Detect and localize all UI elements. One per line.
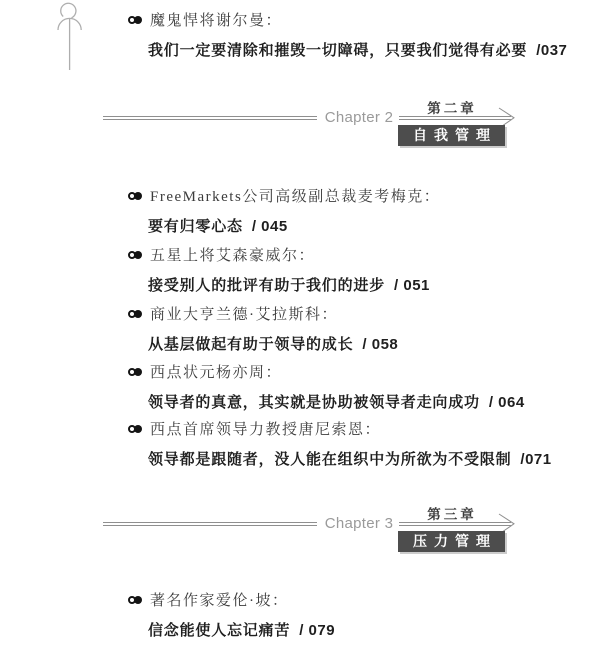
toc-entry-author: 魔鬼悍将谢尔曼： xyxy=(128,9,282,30)
chapter-number-en: Chapter 2 xyxy=(320,109,398,126)
page-number: / 058 xyxy=(362,336,398,353)
quote-text: 我们一定要清除和摧毁一切障碍，只要我们觉得有必要 xyxy=(148,42,527,59)
toc-entry-author: FreeMarkets公司高级副总裁麦考梅克： xyxy=(128,185,440,206)
chain-link-bullet-icon xyxy=(128,596,142,604)
quote-text: 从基层做起有助于领导的成长 xyxy=(148,336,353,353)
toc-entry-quote: 我们一定要清除和摧毁一切障碍，只要我们觉得有必要/037 xyxy=(148,39,567,60)
chain-link-bullet-icon xyxy=(128,192,142,200)
toc-entry-quote: 领导都是跟随者，没人能在组织中为所欲为不受限制/071 xyxy=(148,448,552,469)
author-text: 五星上将艾森豪威尔： xyxy=(150,244,315,265)
quote-text: 信念能使人忘记痛苦 xyxy=(148,622,290,639)
chapter-3-header: 第三章 Chapter 3 压力管理 xyxy=(0,503,600,555)
page-number: / 079 xyxy=(299,622,335,639)
toc-entry-author: 著名作家爱伦·坡： xyxy=(128,589,289,610)
page-number: /037 xyxy=(536,42,567,59)
divider-double-line xyxy=(103,522,317,526)
toc-entry-author: 商业大亨兰德·艾拉斯科： xyxy=(128,303,338,324)
author-text: 西点首席领导力教授唐尼索恩： xyxy=(150,418,381,439)
quote-text: 接受别人的批评有助于我们的进步 xyxy=(148,277,385,294)
author-text: 著名作家爱伦·坡： xyxy=(150,589,289,610)
page-number: / 064 xyxy=(489,394,525,411)
chapter-title-badge: 压力管理 xyxy=(398,531,505,552)
chapter-title-badge: 自我管理 xyxy=(398,125,505,146)
chapter-number-en: Chapter 3 xyxy=(320,515,398,532)
chain-link-bullet-icon xyxy=(128,251,142,259)
page-number: / 051 xyxy=(394,277,430,294)
toc-entry-author: 西点状元杨亦周： xyxy=(128,361,282,382)
chapter-2-header: 第二章 Chapter 2 自我管理 xyxy=(0,97,600,149)
chain-link-bullet-icon xyxy=(128,425,142,433)
chain-link-bullet-icon xyxy=(128,310,142,318)
staff-arrow-ornament-icon xyxy=(40,0,100,78)
author-text: 西点状元杨亦周： xyxy=(150,361,282,382)
toc-entry-quote: 要有归零心态/ 045 xyxy=(148,215,288,236)
quote-text: 领导者的真意，其实就是协助被领导者走向成功 xyxy=(148,394,480,411)
author-text: FreeMarkets公司高级副总裁麦考梅克： xyxy=(150,185,440,206)
page-number: /071 xyxy=(520,451,551,468)
toc-entry-quote: 信念能使人忘记痛苦/ 079 xyxy=(148,619,335,640)
page-number: / 045 xyxy=(252,218,288,235)
toc-entry-author: 西点首席领导力教授唐尼索恩： xyxy=(128,418,381,439)
toc-entry-quote: 从基层做起有助于领导的成长/ 058 xyxy=(148,333,398,354)
quote-text: 要有归零心态 xyxy=(148,218,243,235)
toc-entry-author: 五星上将艾森豪威尔： xyxy=(128,244,315,265)
author-text: 魔鬼悍将谢尔曼： xyxy=(150,9,282,30)
chain-link-bullet-icon xyxy=(128,16,142,24)
author-text: 商业大亨兰德·艾拉斯科： xyxy=(150,303,338,324)
divider-double-line xyxy=(103,116,317,120)
toc-page: 魔鬼悍将谢尔曼： 我们一定要清除和摧毁一切障碍，只要我们觉得有必要/037 第二… xyxy=(0,0,600,647)
chain-link-bullet-icon xyxy=(128,368,142,376)
toc-entry-quote: 接受别人的批评有助于我们的进步/ 051 xyxy=(148,274,430,295)
toc-entry-quote: 领导者的真意，其实就是协助被领导者走向成功/ 064 xyxy=(148,391,525,412)
quote-text: 领导都是跟随者，没人能在组织中为所欲为不受限制 xyxy=(148,451,511,468)
